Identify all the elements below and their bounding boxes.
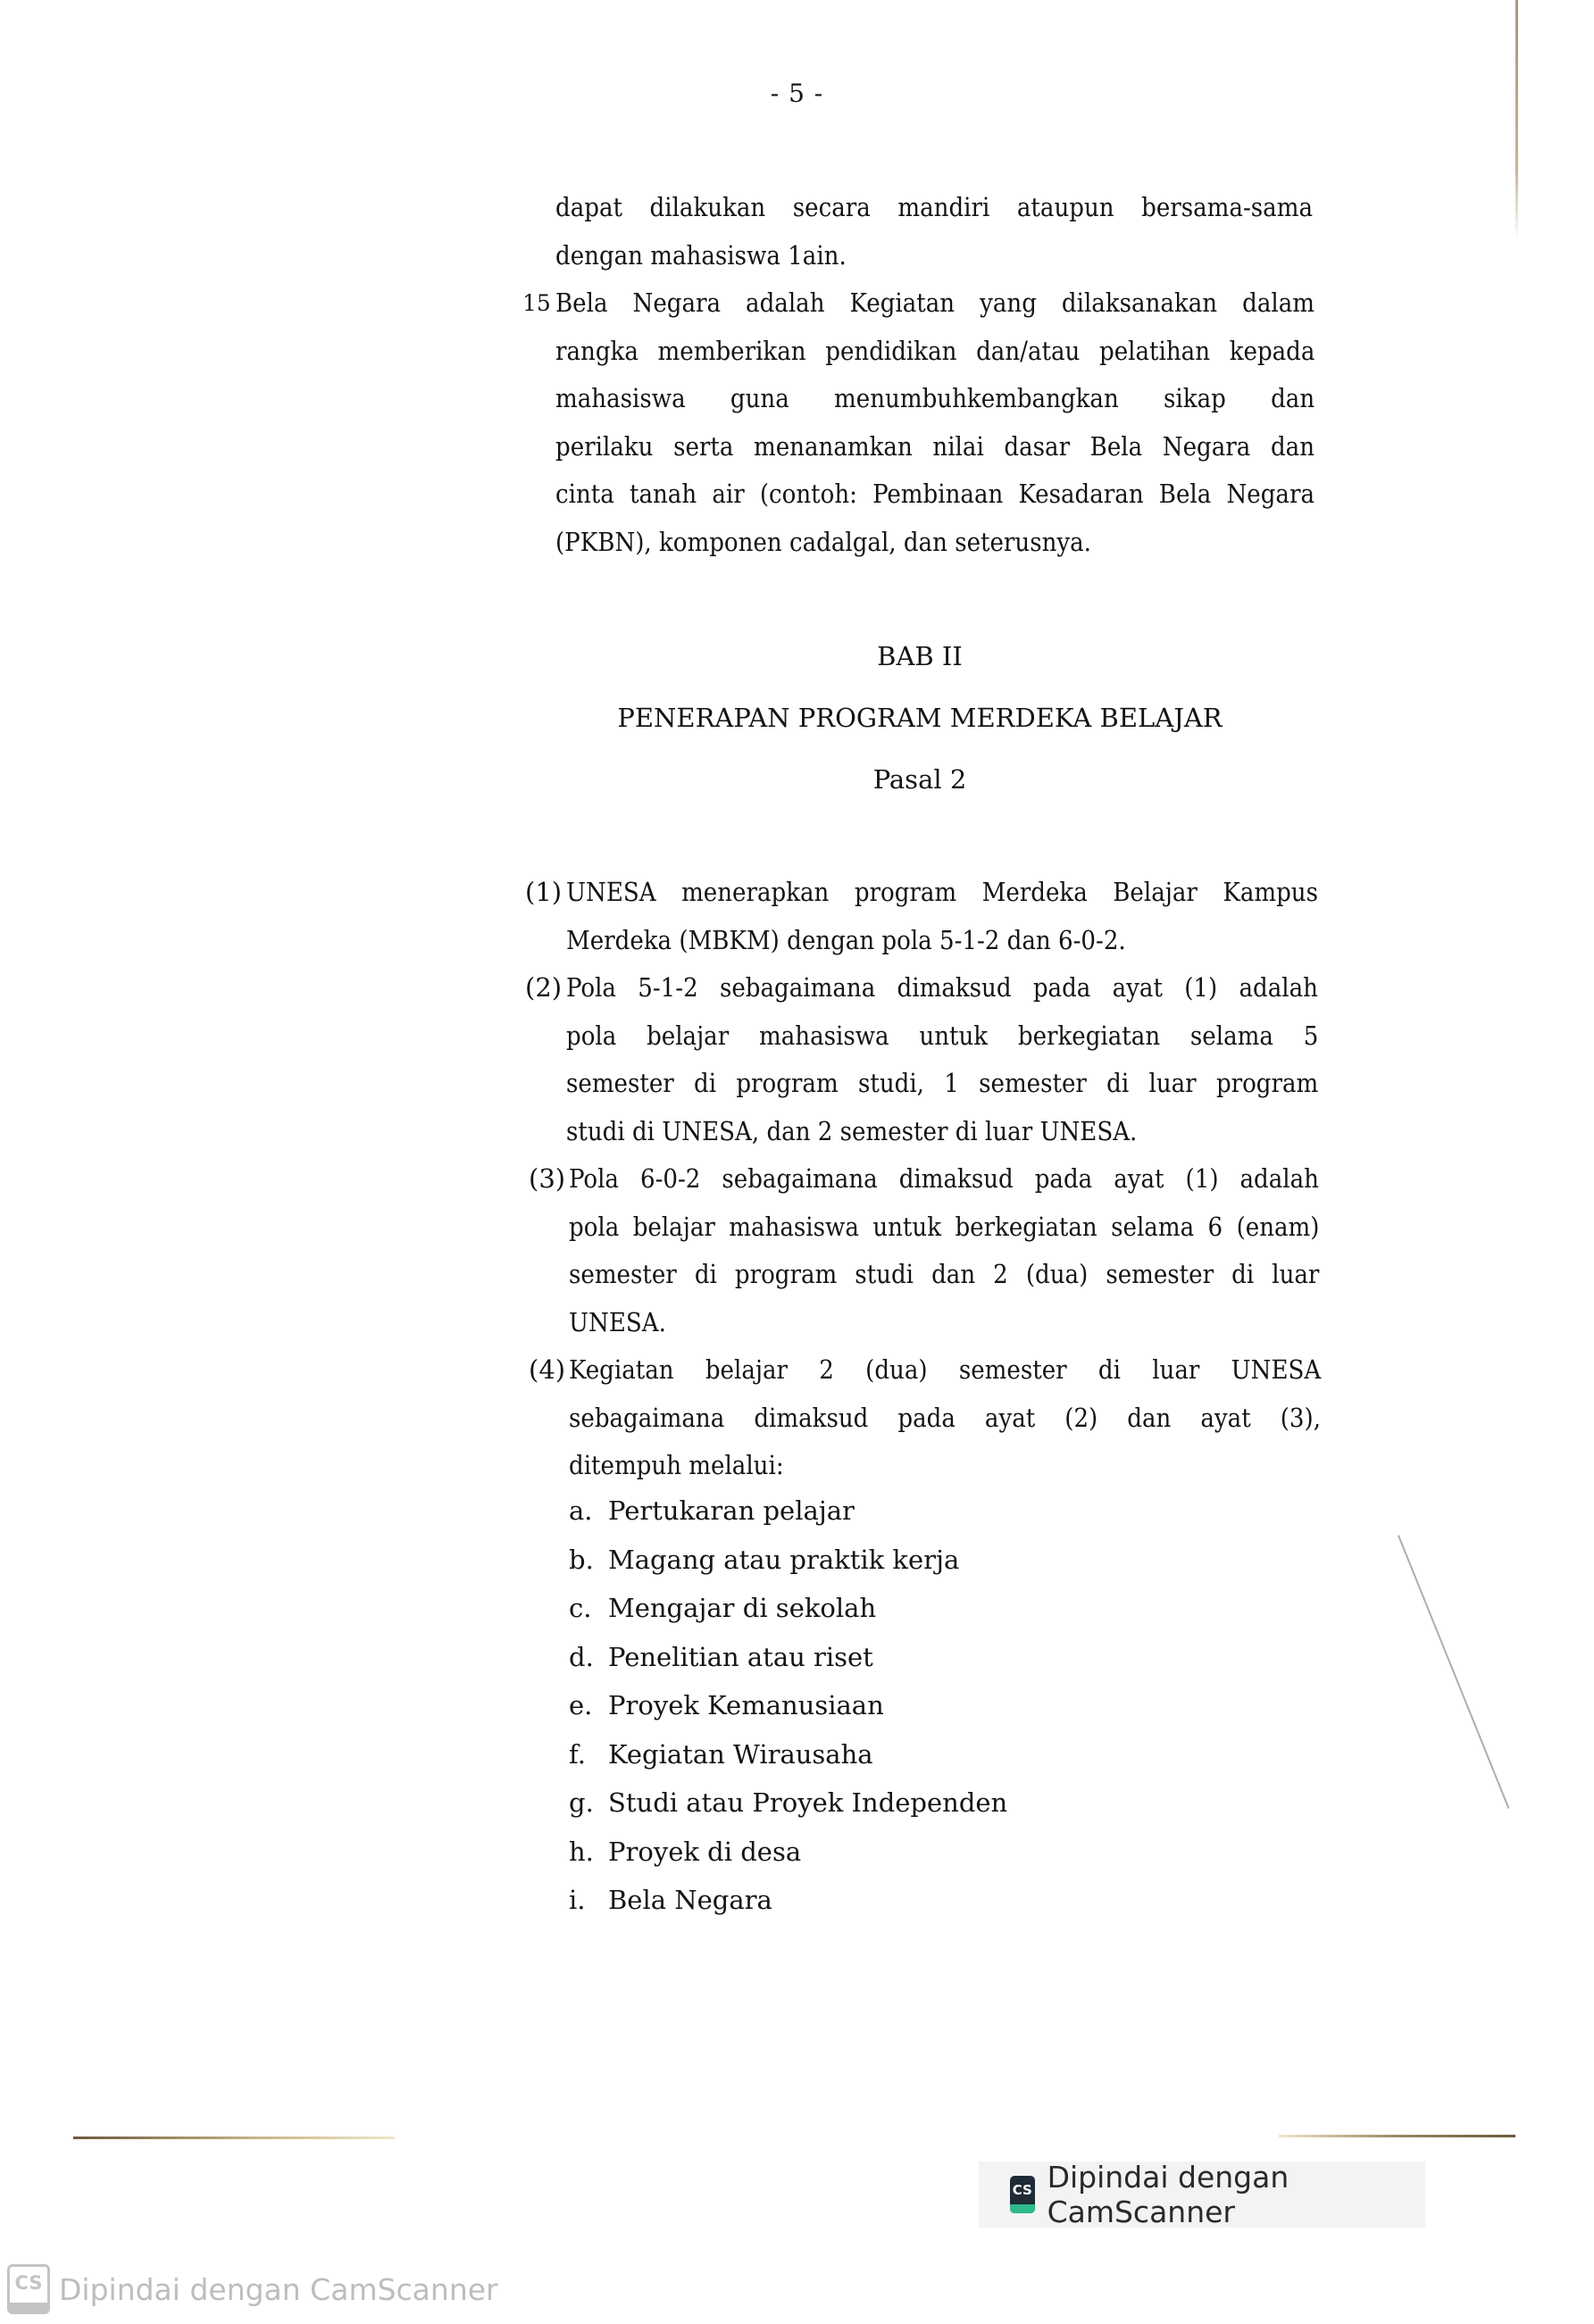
scan-edge-line: [1515, 0, 1518, 241]
text-line: Bela Negara adalah Kegiatan yang dilaksa…: [555, 279, 1314, 328]
chapter-number: BAB II: [0, 641, 1594, 671]
continuation-paragraph: dapat dilakukan secara mandiri ataupun b…: [555, 184, 1313, 279]
text-line: ditempuh melalui:: [569, 1442, 1321, 1490]
list-item: c. Mengajar di sekolah: [569, 1584, 1007, 1633]
camscanner-footer-watermark: CS Dipindai dengan CamScanner: [7, 2264, 498, 2314]
list-text: Mengajar di sekolah: [608, 1584, 876, 1633]
pen-stroke-mark: [1398, 1535, 1509, 1809]
list-letter: b.: [569, 1536, 608, 1585]
list-text: Pertukaran pelajar: [608, 1487, 855, 1536]
list-text: Bela Negara: [608, 1876, 772, 1925]
ayat-1: UNESA menerapkan program Merdeka Belajar…: [566, 869, 1318, 964]
text-line: rangka memberikan pendidikan dan/atau pe…: [555, 328, 1314, 376]
text-line: Kegiatan belajar 2 (dua) semester di lua…: [569, 1346, 1321, 1395]
definition-bela-negara: Bela Negara adalah Kegiatan yang dilaksa…: [555, 279, 1314, 566]
text-line: Merdeka (MBKM) dengan pola 5-1-2 dan 6-0…: [566, 917, 1318, 965]
ayat-marker: (2): [525, 964, 562, 1012]
ayat-marker: (3): [529, 1155, 565, 1204]
list-letter: g.: [569, 1778, 608, 1828]
text-line: sebagaimana dimaksud pada ayat (2) dan a…: [569, 1395, 1321, 1443]
list-item: i. Bela Negara: [569, 1876, 1007, 1925]
camscanner-watermark: CS Dipindai dengan CamScanner: [979, 2162, 1425, 2228]
camscanner-footer-label: Dipindai dengan CamScanner: [59, 2272, 498, 2307]
camscanner-logo-icon: CS: [1010, 2176, 1035, 2213]
ayat-4: Kegiatan belajar 2 (dua) semester di lua…: [569, 1346, 1321, 1490]
ayat-3: Pola 6-0-2 sebagaimana dimaksud pada aya…: [569, 1155, 1319, 1346]
list-item: d. Penelitian atau riset: [569, 1633, 1007, 1682]
text-line: Pola 6-0-2 sebagaimana dimaksud pada aya…: [569, 1155, 1319, 1204]
page-bottom-edge-right: [1279, 2135, 1515, 2137]
list-item: b. Magang atau praktik kerja: [569, 1536, 1007, 1585]
list-letter: i.: [569, 1876, 608, 1925]
list-text: Penelitian atau riset: [608, 1633, 873, 1682]
list-text: Proyek di desa: [608, 1828, 801, 1877]
text-line: dengan mahasiswa 1ain.: [555, 232, 1313, 280]
list-item: g. Studi atau Proyek Independen: [569, 1778, 1007, 1828]
page-number: - 5 -: [0, 79, 1594, 108]
ayat-marker: (4): [529, 1346, 565, 1395]
list-item: a. Pertukaran pelajar: [569, 1487, 1007, 1536]
list-text: Studi atau Proyek Independen: [608, 1778, 1007, 1828]
list-letter: f.: [569, 1730, 608, 1779]
list-item: f. Kegiatan Wirausaha: [569, 1730, 1007, 1779]
text-line: semester di program studi dan 2 (dua) se…: [569, 1251, 1319, 1299]
chapter-title: PENERAPAN PROGRAM MERDEKA BELAJAR: [0, 703, 1594, 733]
text-line: semester di program studi, 1 semester di…: [566, 1060, 1318, 1108]
list-text: Proyek Kemanusiaan: [608, 1681, 884, 1730]
ayat-marker: (1): [525, 869, 562, 917]
list-letter: a.: [569, 1487, 608, 1536]
text-line: pola belajar mahasiswa untuk berkegiatan…: [569, 1204, 1319, 1252]
list-letter: d.: [569, 1633, 608, 1682]
list-letter: c.: [569, 1584, 608, 1633]
list-letter: h.: [569, 1828, 608, 1877]
activities-list: a. Pertukaran pelajar b. Magang atau pra…: [569, 1487, 1007, 1925]
camscanner-logo-icon: CS: [7, 2264, 50, 2314]
ayat-2: Pola 5-1-2 sebagaimana dimaksud pada aya…: [566, 964, 1318, 1155]
list-text: Kegiatan Wirausaha: [608, 1730, 873, 1779]
item-number: 15: [522, 279, 551, 328]
list-item: h. Proyek di desa: [569, 1828, 1007, 1877]
text-line: cinta tanah air (contoh: Pembinaan Kesad…: [555, 471, 1314, 519]
list-item: e. Proyek Kemanusiaan: [569, 1681, 1007, 1730]
article-title: Pasal 2: [0, 764, 1594, 795]
text-line: (PKBN), komponen cadalgal, dan seterusny…: [555, 519, 1314, 567]
text-line: Pola 5-1-2 sebagaimana dimaksud pada aya…: [566, 964, 1318, 1012]
text-line: dapat dilakukan secara mandiri ataupun b…: [555, 184, 1313, 232]
list-text: Magang atau praktik kerja: [608, 1536, 959, 1585]
list-letter: e.: [569, 1681, 608, 1730]
text-line: perilaku serta menanamkan nilai dasar Be…: [555, 423, 1314, 471]
page-bottom-edge-left: [73, 2137, 395, 2139]
camscanner-label: Dipindai dengan CamScanner: [1047, 2160, 1425, 2229]
text-line: UNESA menerapkan program Merdeka Belajar…: [566, 869, 1318, 917]
text-line: pola belajar mahasiswa untuk berkegiatan…: [566, 1012, 1318, 1061]
text-line: studi di UNESA, dan 2 semester di luar U…: [566, 1108, 1318, 1156]
text-line: UNESA.: [569, 1299, 1319, 1347]
text-line: mahasiswa guna menumbuhkembangkan sikap …: [555, 375, 1314, 423]
